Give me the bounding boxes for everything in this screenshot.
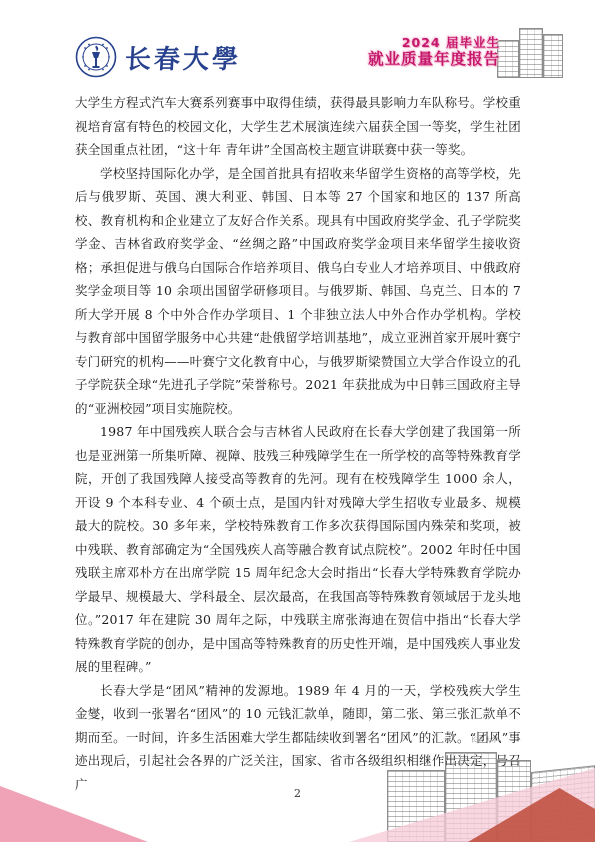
report-title: 2024 届毕业生 就业质量年度报告 <box>368 36 500 69</box>
header-building-sketch <box>495 22 567 78</box>
paragraph: 大学生方程式汽车大赛系列赛事中取得佳绩，获得最具影响力车队称号。学校重视培育富有… <box>75 91 521 162</box>
report-title-line2: 就业质量年度报告 <box>368 51 500 69</box>
bottom-right-decoration: 长春大学 <box>345 712 595 842</box>
university-logo: 长春大學 <box>75 34 241 80</box>
page-number: 2 <box>0 787 595 800</box>
paragraph: 学校坚持国际化办学，是全国首批具有招收来华留学生资格的高等学校，先后与俄罗斯、英… <box>75 162 521 421</box>
university-name: 长春大學 <box>124 39 242 76</box>
report-title-line1: 2024 届毕业生 <box>368 36 500 50</box>
university-seal-icon <box>75 36 117 78</box>
document-body: 大学生方程式汽车大赛系列赛事中取得佳绩，获得最具影响力车队称号。学校重视培育富有… <box>75 91 521 796</box>
report-page: 长春大學 2024 届毕业生 就业质量年度报告 大学生方程式汽车大赛系列赛事中取… <box>0 0 595 842</box>
building-sketch-label: 长春大学 <box>471 735 499 744</box>
paragraph: 1987 年中国残疾人联合会与吉林省人民政府在长春大学创建了我国第一所也是亚洲第… <box>75 420 521 679</box>
